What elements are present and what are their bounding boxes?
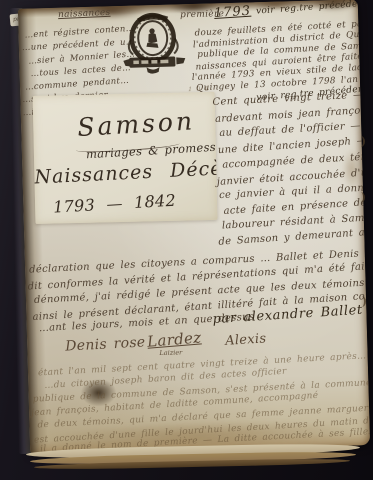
signature: Alexis [225, 331, 267, 349]
label-commune-title: Samson [77, 106, 196, 142]
register-page: naissances première 1793 voir reg.tre pr… [18, 0, 370, 455]
label-acts-line: Naissances Décès [34, 157, 218, 189]
oval-stamp-icon [118, 10, 190, 76]
signature-subscript: Laizier [159, 348, 182, 357]
signature: Denis rose [65, 334, 146, 354]
edge-mark [358, 192, 365, 203]
year-heading: 1793 [214, 4, 252, 21]
edge-mark [358, 136, 365, 147]
signature: Lardez [147, 328, 203, 350]
manuscript-line: Cent quatre vingt treize — [212, 90, 363, 108]
title-label: Samson mariages & promesses Naissances D… [33, 92, 218, 224]
label-years: 1793 — 1842 [53, 191, 177, 217]
photo-backdrop: préc. naissances première 1793 voir reg.… [0, 0, 373, 480]
